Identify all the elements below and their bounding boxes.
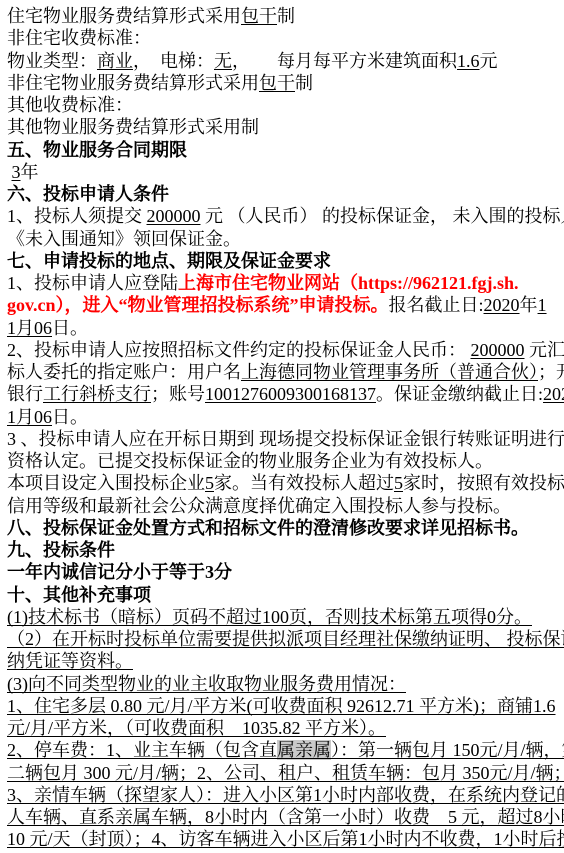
text-run: 纳凭证等资料。 [7, 651, 133, 671]
text-run: 10 元/天（封顶）；4、访客车辆进入小区后第1小时内不收费，1小时后按6 [7, 829, 564, 849]
text-run: 银行 [7, 384, 43, 404]
text-run: 无 [214, 51, 232, 71]
text-supplement-2b: 纳凭证等资料。 [7, 650, 564, 672]
text-run: (1)技术标书（暗标）页码不超过100页，否则技术标第五项得0分。 [7, 607, 532, 627]
text-run: 报名截止日: [389, 295, 484, 315]
text-run: 六、投标申请人条件 [7, 184, 169, 204]
text-run: 1 [538, 295, 547, 315]
text-run: 标人委托的指定账户：用户名 [7, 362, 241, 382]
text-run: 住宅物业服务费结算形式采用 [7, 6, 241, 26]
text-run: ；开户 [538, 362, 564, 382]
text-run: ）：第一辆包月 150元/月/辆，第 [331, 740, 564, 760]
text-property-type: 物业类型：商业， 电梯：无， 每月每平方米建筑面积1.6元 [7, 50, 564, 72]
text-deposit-transfer-3: 银行工行斜桥支行；账号1001276009300168137。保证金缴纳截止日:… [7, 383, 564, 405]
text-parking-fee-3: 3、亲情车辆（探望家人）：进入小区第1小时内部收费，在系统内登记的本 [7, 784, 564, 806]
text-parking-fee-1: 2、停车费：1、业主车辆（包含直属亲属）：第一辆包月 150元/月/辆，第 [7, 739, 564, 761]
text-run: 信用等级和最新社会公众满意度择优确定入围投标人参与投标。 [7, 496, 511, 516]
text-shortlist-1: 本项目设定入围投标企业5家。当有效投标人超过5家时，按照有效投标人的 [7, 472, 564, 494]
text-other-fee-label: 其他收费标准： [7, 94, 564, 116]
text-run: 非住宅物业服务费结算形式采用 [7, 73, 259, 93]
text-run: 5 [394, 473, 403, 493]
text-run: (3)向不同类型物业的业主收取物业服务费用情况： [7, 674, 406, 694]
text-parking-fee-2: 二辆包月 300 元/月/辆；2、公司、租户、租赁车辆：包月 350元/月/辆； [7, 762, 564, 784]
text-run: 商业 [97, 51, 133, 71]
text-nonresidential-settlement: 非住宅物业服务费结算形式采用包干制 [7, 72, 564, 94]
text-supplement-2a: （2）在开标时投标单位需要提供拟派项目经理社保缴纳证明、 投标保证金缴 [7, 628, 564, 650]
text-run: 物业类型： [7, 51, 97, 71]
text-apply-online-3: 1月06日。 [7, 317, 564, 339]
text-run: 八、投标保证金处置方式和招标文件的澄清修改要求详见招标书。 [7, 518, 529, 538]
text-run: 1月06 [7, 318, 52, 338]
text-run: 制 [295, 73, 313, 93]
text-run: 人车辆、直系亲属车辆，8小时内（含第一小时）收费 5 元，超过8小时 [7, 807, 564, 827]
text-run: 年 [21, 162, 39, 182]
field-shaded-text: 属亲属 [277, 740, 331, 760]
text-run: 2020 [484, 295, 520, 315]
text-run: 1、投标申请人应登陆 [7, 273, 178, 293]
text-supplement-1: (1)技术标书（暗标）页码不超过100页，否则技术标第五项得0分。 [7, 606, 564, 628]
text-run: 200000 [147, 206, 201, 226]
text-run: 其他收费标准： [7, 95, 133, 115]
text-run: 1.6 [457, 51, 480, 71]
text-deposit-transfer-4: 1月06日。 [7, 406, 564, 428]
document-page: 住宅物业服务费结算形式采用包干制非住宅收费标准：物业类型：商业， 电梯：无， 每… [0, 0, 564, 851]
heading-section-10-other-supplements: 十、其他补充事项 [7, 584, 564, 606]
text-apply-online-2: gov.cn），进入“物业管理招投标系统”申请投标。报名截止日:2020年1 [7, 294, 564, 316]
text-other-settlement: 其他物业服务费结算形式采用制 [7, 116, 564, 138]
text-run: 3 [12, 162, 21, 182]
text-deposit-transfer-2: 标人委托的指定账户：用户名上海德同物业管理事务所（普通合伙）；开户 [7, 361, 564, 383]
text-run: 3 、投标申请人应在开标日期到 现场提交投标保证金银行转账证明进行投标 [7, 429, 564, 449]
text-fee-detail-1a: 1、住宅多层 0.80 元/月/平方米(可收费面积 92612.71 平方米)；… [7, 695, 564, 717]
text-run: （2）在开标时投标单位需要提供拟派项目经理社保缴纳证明、 投标保证金缴 [7, 629, 564, 649]
website-notice-text: gov.cn），进入“物业管理招投标系统”申请投标。 [7, 295, 389, 315]
text-deposit-requirement-1: 1、投标人须提交 200000 元 （人民币） 的投标保证金， 未入围的投标人凭 [7, 205, 564, 227]
text-run: 五、物业服务合同期限 [7, 140, 187, 160]
text-run: 元/月/平方米，（可收费面积 1035.82 平方米）。 [7, 718, 386, 738]
text-run: 包干 [241, 6, 277, 26]
text-run: 二辆包月 300 元/月/辆；2、公司、租户、租赁车辆：包月 350元/月/辆； [7, 763, 564, 783]
text-credit-score-requirement: 一年内诚信记分小于等于3分 [7, 561, 564, 583]
text-run: 制 [277, 6, 295, 26]
text-run: 十、其他补充事项 [7, 585, 151, 605]
text-run: 3、亲情车辆（探望家人）：进入小区第1小时内部收费，在系统内登记的本 [7, 785, 564, 805]
heading-section-5-contract-term: 五、物业服务合同期限 [7, 139, 564, 161]
heading-section-6-bidder-conditions: 六、投标申请人条件 [7, 183, 564, 205]
text-run: 元 [480, 51, 498, 71]
text-run: 九、投标条件 [7, 540, 115, 560]
text-run: 本项目设定入围投标企业 [7, 473, 205, 493]
text-run: 工行斜桥支行 [43, 384, 151, 404]
text-run: 家时，按照有效投标人的 [403, 473, 564, 493]
text-nonresidential-fee-label: 非住宅收费标准： [7, 27, 564, 49]
text-fee-detail-1b: 元/月/平方米，（可收费面积 1035.82 平方米）。 [7, 717, 564, 739]
heading-section-9-bid-conditions: 九、投标条件 [7, 539, 564, 561]
text-run: 上海德同物业管理事务所（普通合伙） [241, 362, 538, 382]
text-deposit-requirement-2: 《未入围通知》领回保证金。 [7, 228, 564, 250]
text-run: 1月06 [7, 407, 52, 427]
website-notice-text: 上海市住宅物业网站（https://962121.fgj.sh. [178, 273, 519, 293]
text-deposit-transfer-1: 2、投标申请人应按照招标文件约定的投标保证金人民币： 200000 元汇入招 [7, 339, 564, 361]
heading-section-8-deposit-disposal: 八、投标保证金处置方式和招标文件的澄清修改要求详见招标书。 [7, 517, 564, 539]
text-run: 5 [205, 473, 214, 493]
text-run: 。保证金缴纳截止日: [376, 384, 543, 404]
text-parking-fee-5: 10 元/天（封顶）；4、访客车辆进入小区后第1小时内不收费，1小时后按6 [7, 828, 564, 850]
text-run: 1、投标人须提交 [7, 206, 147, 226]
text-run: 日。 [52, 318, 88, 338]
text-run: 一年内诚信记分小于等于3分 [7, 562, 232, 582]
text-run: ， 每月每平方米建筑面积 [232, 51, 457, 71]
text-run: 日。 [52, 407, 88, 427]
text-run: 1001276009300168137 [205, 384, 376, 404]
document-body: 住宅物业服务费结算形式采用包干制非住宅收费标准：物业类型：商业， 电梯：无， 每… [7, 5, 564, 851]
text-run: 2、投标申请人应按照招标文件约定的投标保证金人民币： [7, 340, 471, 360]
text-contract-term-value: 3年 [7, 161, 564, 183]
text-run: 资格认定。已提交投标保证金的物业服务企业为有效投标人。 [7, 451, 493, 471]
text-shortlist-2: 信用等级和最新社会公众满意度择优确定入围投标人参与投标。 [7, 495, 564, 517]
text-run: 非住宅收费标准： [7, 28, 151, 48]
text-run: 200000 [471, 340, 525, 360]
text-run: 年 [520, 295, 538, 315]
text-run: 家。当有效投标人超过 [214, 473, 394, 493]
text-parking-fee-4: 人车辆、直系亲属车辆，8小时内（含第一小时）收费 5 元，超过8小时 [7, 806, 564, 828]
text-run: 2、停车费：1、业主车辆（包含直 [7, 740, 277, 760]
text-onsite-proof-1: 3 、投标申请人应在开标日期到 现场提交投标保证金银行转账证明进行投标 [7, 428, 564, 450]
text-run: 元汇入招 [525, 340, 564, 360]
text-onsite-proof-2: 资格认定。已提交投标保证金的物业服务企业为有效投标人。 [7, 450, 564, 472]
text-run: 其他物业服务费结算形式采用制 [7, 117, 259, 137]
text-run: ， 电梯： [133, 51, 214, 71]
text-run: 七、申请投标的地点、期限及保证金要求 [7, 251, 331, 271]
text-run: 1、住宅多层 0.80 元/月/平方米(可收费面积 92612.71 平方米)；… [7, 696, 556, 716]
text-residential-settlement: 住宅物业服务费结算形式采用包干制 [7, 5, 564, 27]
text-run: 包干 [259, 73, 295, 93]
text-run: 2020 [543, 384, 564, 404]
text-run: 《未入围通知》领回保证金。 [7, 229, 241, 249]
text-apply-online-1: 1、投标申请人应登陆上海市住宅物业网站（https://962121.fgj.s… [7, 272, 564, 294]
text-run: ；账号 [151, 384, 205, 404]
text-run: 元 （人民币） 的投标保证金， 未入围的投标人凭 [201, 206, 564, 226]
text-supplement-3: (3)向不同类型物业的业主收取物业服务费用情况： [7, 673, 564, 695]
heading-section-7-application: 七、申请投标的地点、期限及保证金要求 [7, 250, 564, 272]
